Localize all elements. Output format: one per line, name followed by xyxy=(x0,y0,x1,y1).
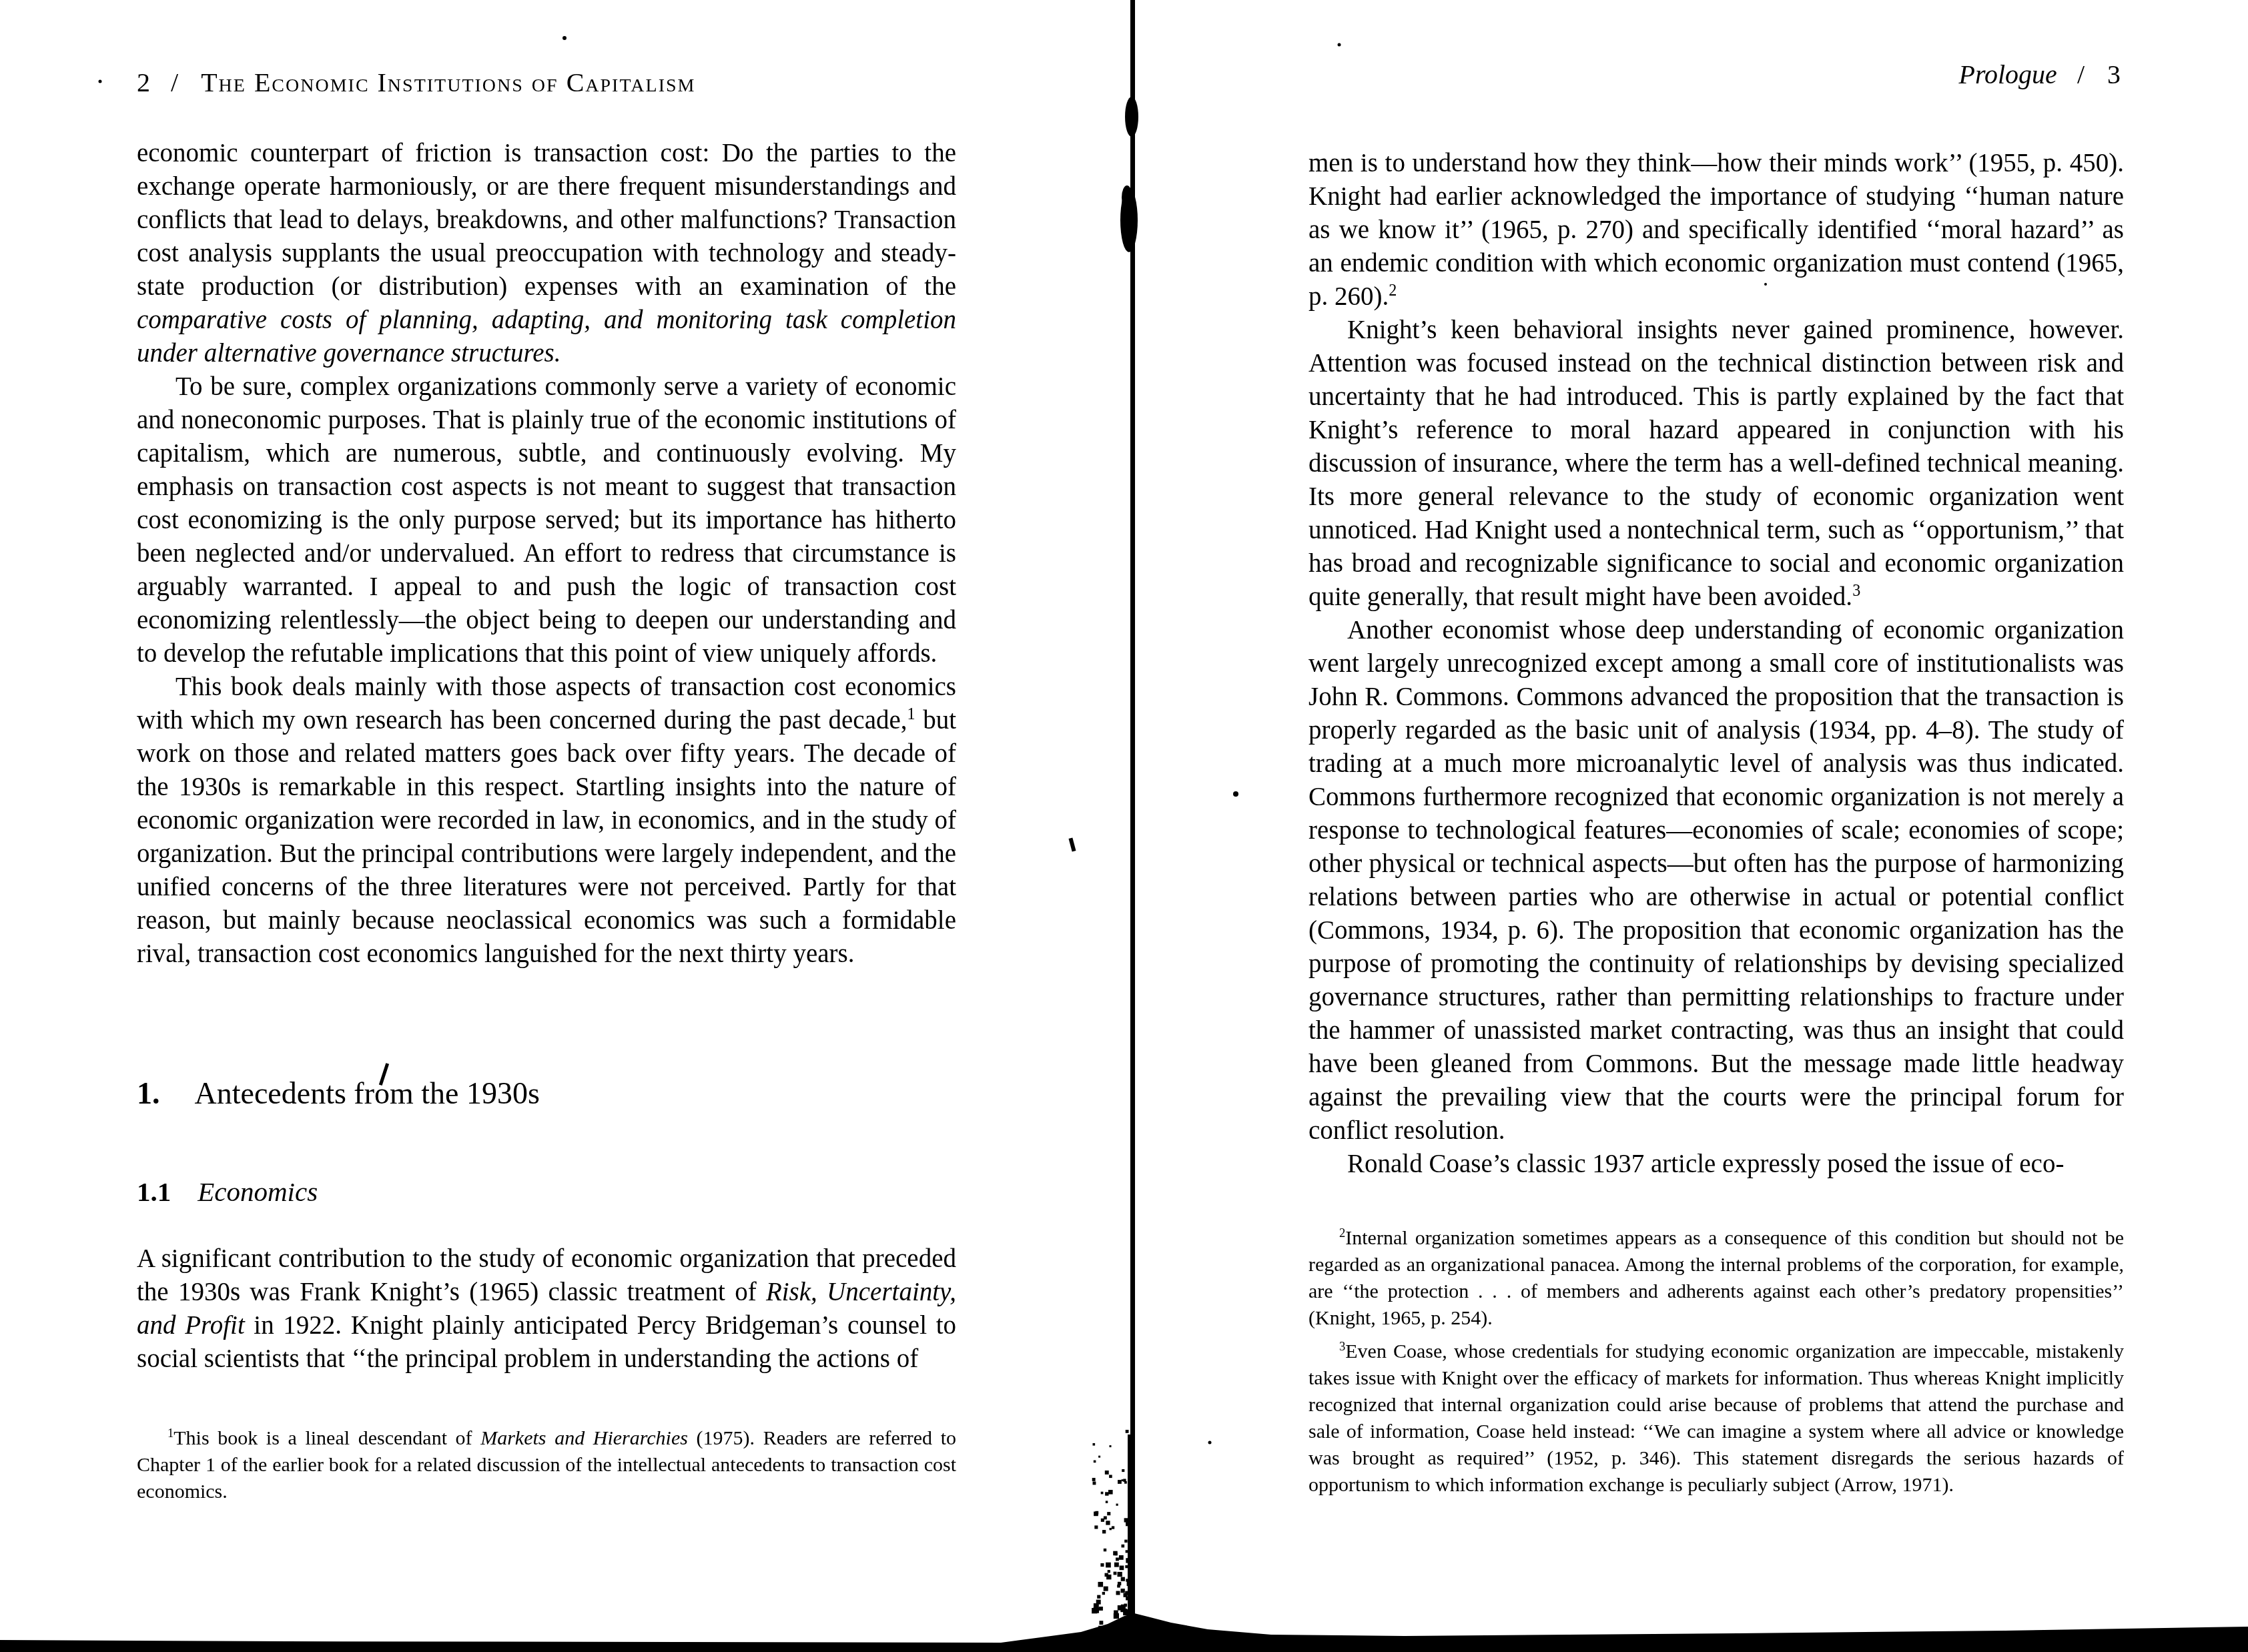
text-segment: This book is a lineal descendant of xyxy=(173,1427,480,1449)
text-segment: Another economist whose deep understandi… xyxy=(1308,616,2124,1145)
text-segment: Ronald Coase’s classic 1937 article expr… xyxy=(1347,1150,2064,1178)
chapter-title: Prologue xyxy=(1958,59,2056,89)
gutter-blob xyxy=(1120,188,1138,252)
text-segment: Markets and Hierarchies xyxy=(480,1427,688,1449)
paragraph: men is to understand how they think—how … xyxy=(1308,147,2124,314)
left-body-text: economic counterpart of friction is tran… xyxy=(137,137,956,971)
ink-dot xyxy=(1208,1441,1212,1444)
subsection-heading: 1.1Economics xyxy=(137,1176,318,1208)
text-segment: Internal organization sometimes appears … xyxy=(1308,1227,2124,1329)
right-footnotes: 2Internal organization sometimes appears… xyxy=(1308,1225,2124,1505)
paragraph: Ronald Coase’s classic 1937 article expr… xyxy=(1308,1148,2124,1181)
text-segment: economic counterpart of friction is tran… xyxy=(137,139,956,301)
text-segment: Even Coase, whose credentials for studyi… xyxy=(1308,1340,2124,1496)
section-heading: 1.Antecedents from the 1930s xyxy=(137,1076,540,1111)
text-segment: comparative costs of planning, adapting,… xyxy=(137,306,956,368)
ink-dot xyxy=(99,80,102,83)
text-segment: men is to understand how they think—how … xyxy=(1308,149,2124,311)
text-segment: To be sure, complex organizations common… xyxy=(137,372,956,668)
subsection-number: 1.1 xyxy=(137,1176,171,1207)
gutter-thickening xyxy=(1128,1434,1135,1652)
running-head-divider: / xyxy=(2077,59,2085,90)
paragraph: A significant contribution to the study … xyxy=(137,1242,956,1376)
section-number: 1. xyxy=(137,1076,160,1110)
footnote-reference: 2 xyxy=(1339,1226,1345,1240)
left-running-head: 2/The Economic Institutions of Capitalis… xyxy=(137,67,695,98)
right-running-head: Prologue/3 xyxy=(1958,59,2121,90)
left-page: 2/The Economic Institutions of Capitalis… xyxy=(137,0,956,1652)
right-page-number: 3 xyxy=(2107,59,2121,89)
text-segment: but work on those and related matters go… xyxy=(137,706,956,968)
text-segment: in 1922. Knight plainly anticipated Perc… xyxy=(137,1311,956,1373)
paragraph: economic counterpart of friction is tran… xyxy=(137,137,956,370)
left-section-body-text: A significant contribution to the study … xyxy=(137,1242,956,1376)
gutter-blob xyxy=(1122,185,1132,210)
left-footnotes: 1This book is a lineal descendant of Mar… xyxy=(137,1425,956,1512)
footnote-reference: 3 xyxy=(1852,582,1860,600)
footnote-reference: 1 xyxy=(167,1426,173,1440)
left-page-number: 2 xyxy=(137,67,151,97)
gutter-speckle-cloud xyxy=(1092,1430,1134,1646)
book-gutter-line xyxy=(1130,0,1135,1652)
text-segment: This book deals mainly with those aspect… xyxy=(137,673,956,735)
text-segment: Knight’s keen behavioral insights never … xyxy=(1308,316,2124,611)
footnote-reference: 1 xyxy=(907,705,915,723)
paragraph: Another economist whose deep understandi… xyxy=(1308,614,2124,1148)
footnote-reference: 2 xyxy=(1389,282,1397,300)
book-title: The Economic Institutions of Capitalism xyxy=(201,67,695,97)
footnote: 2Internal organization sometimes appears… xyxy=(1308,1225,2124,1332)
footnote: 1This book is a lineal descendant of Mar… xyxy=(137,1425,956,1505)
running-head-divider: / xyxy=(171,67,178,98)
subsection-title: Economics xyxy=(198,1176,318,1207)
right-body-text: men is to understand how they think—how … xyxy=(1308,147,2124,1181)
ink-fleck xyxy=(1233,791,1238,797)
section-title: Antecedents from the 1930s xyxy=(195,1076,540,1110)
paragraph: This book deals mainly with those aspect… xyxy=(137,671,956,971)
book-scan-page-spread: { "left_page": { "header": { "page_numbe… xyxy=(0,0,2248,1652)
ink-fleck xyxy=(1069,838,1076,852)
gutter-blob xyxy=(1125,97,1138,137)
footnote: 3Even Coase, whose credentials for study… xyxy=(1308,1338,2124,1499)
footnote-reference: 3 xyxy=(1339,1340,1345,1354)
paragraph: Knight’s keen behavioral insights never … xyxy=(1308,314,2124,614)
right-page: Prologue/3 men is to understand how they… xyxy=(1308,0,2124,1652)
paragraph: To be sure, complex organizations common… xyxy=(137,370,956,671)
